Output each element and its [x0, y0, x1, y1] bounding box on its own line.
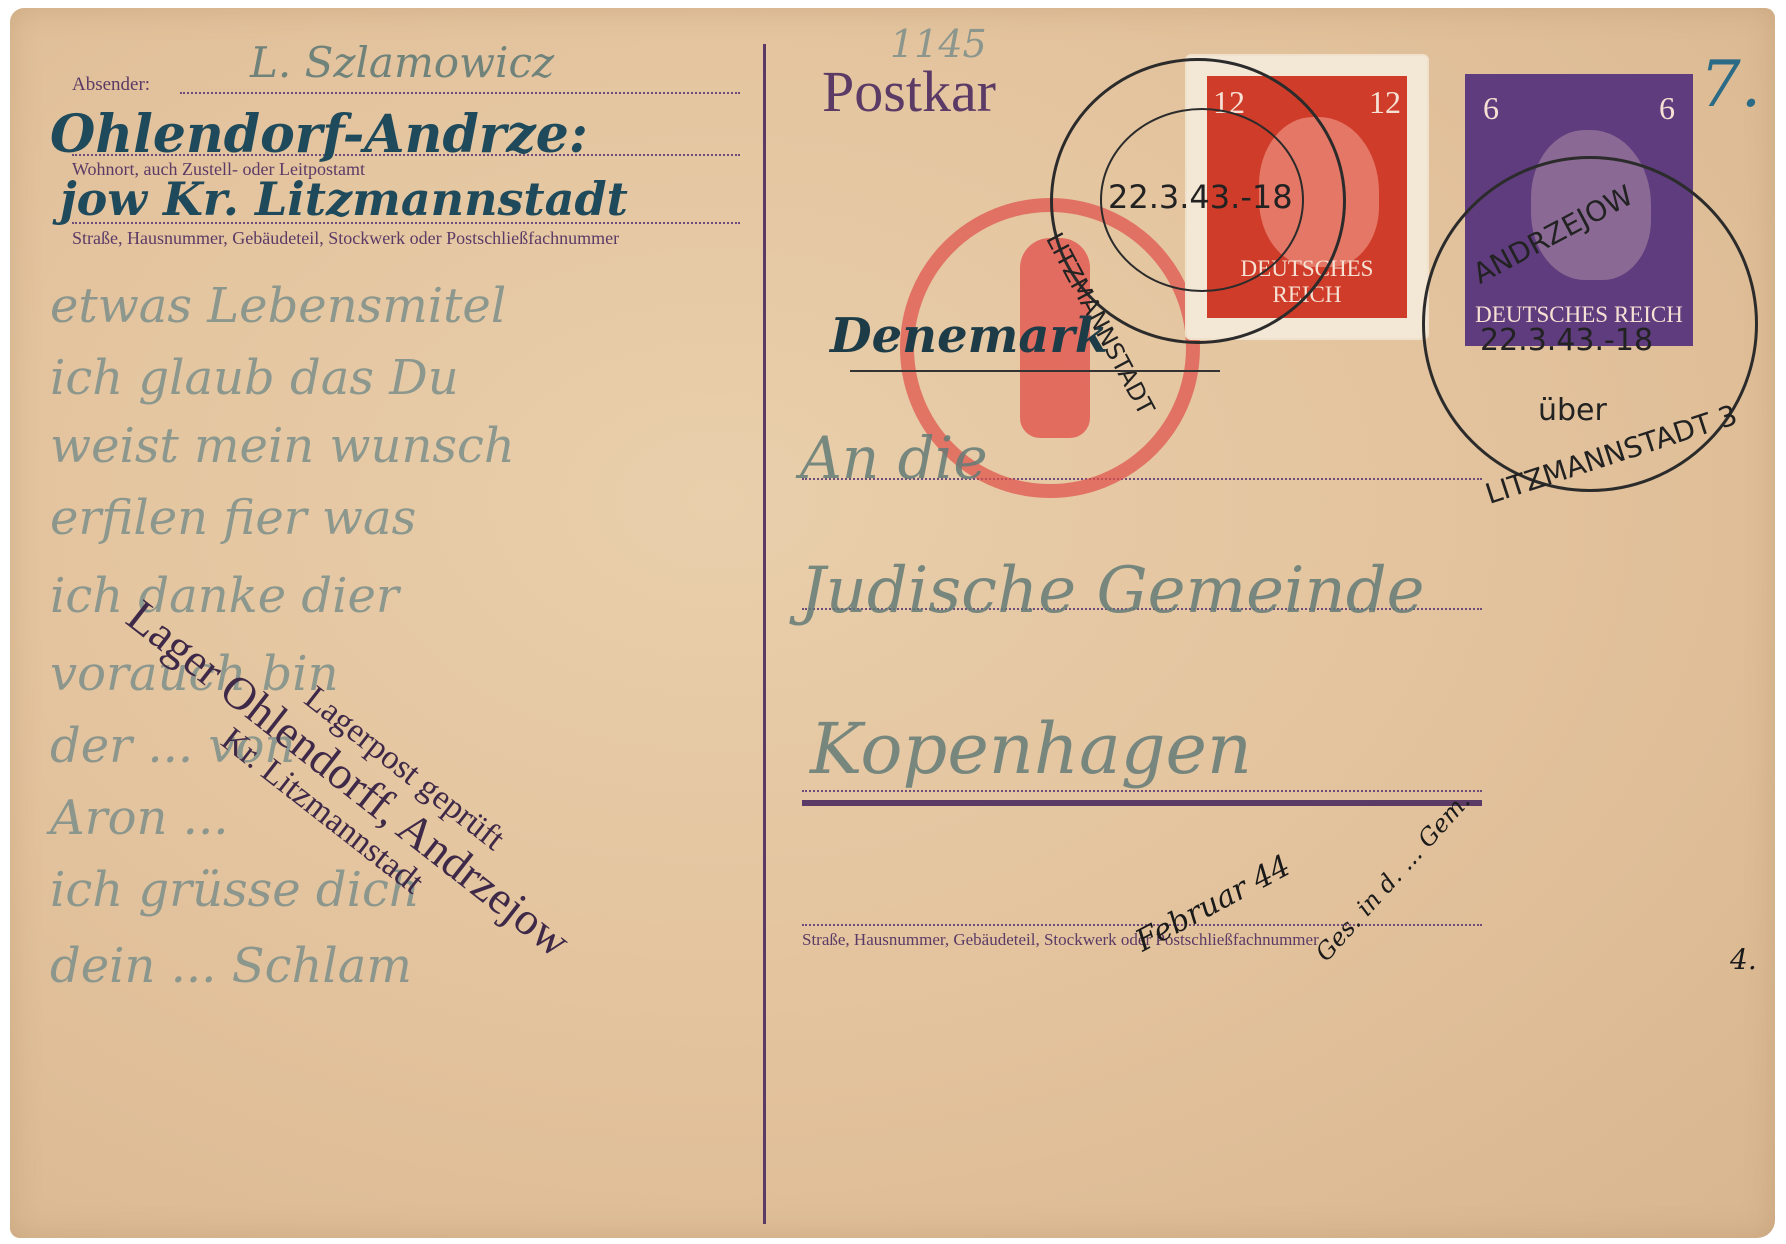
recipient-line: Judische Gemeinde [800, 554, 1425, 628]
postcard: Absender: Wohnort, auch Zustell- oder Le… [10, 8, 1775, 1238]
destination-underline [850, 370, 1220, 372]
message-line: etwas Lebensmitel [50, 278, 506, 334]
street-label-right: Straße, Hausnummer, Gebäudeteil, Stockwe… [802, 930, 1319, 950]
postmark-2-date: 22.3.43.-18 [1480, 323, 1653, 358]
message-line: erfilen fier was [50, 490, 416, 546]
stamp-value-right: 6 [1659, 90, 1675, 127]
street-label-left: Straße, Hausnummer, Gebäudeteil, Stockwe… [72, 228, 619, 249]
recipient-line: An die [800, 424, 988, 492]
sender-name: L. Szlamowicz [250, 38, 554, 87]
stamp-value-left: 6 [1483, 90, 1499, 127]
message-line: weist mein wunsch [50, 418, 515, 474]
reference-number: 1145 [890, 22, 987, 66]
postmark-1-date: 22.3.43.-18 [1108, 178, 1293, 216]
destination-country: Denemark [830, 308, 1108, 364]
sender-place: Ohlendorf-Andrze: [50, 104, 588, 165]
archive-note-2: Ges. in d. ... Gem. [1310, 787, 1476, 967]
address-line [802, 790, 1482, 792]
postcard-title: Postkar [822, 58, 996, 125]
recipient-line: Kopenhagen [810, 708, 1252, 790]
postmark-2-over: über [1538, 393, 1607, 428]
address-underline [802, 800, 1482, 806]
message-line: ich grüsse dich [50, 862, 420, 918]
archive-note-3: 4. [1730, 943, 1757, 976]
message-line: dein ... Schlam [50, 938, 412, 994]
corner-mark: 7. [1700, 48, 1761, 122]
message-line: ich glaub das Du [50, 350, 459, 406]
camp-censor-stamp: Lagerpost geprüft Lager Ohlendorff, Andr… [96, 563, 601, 994]
message-line: Aron ... [50, 790, 228, 846]
stamp-value-right: 12 [1369, 84, 1401, 121]
sender-place-2: jow Kr. Litzmannstadt [60, 172, 628, 226]
sender-label: Absender: [72, 74, 150, 96]
center-divider [763, 44, 766, 1224]
dotted-line [180, 92, 740, 94]
